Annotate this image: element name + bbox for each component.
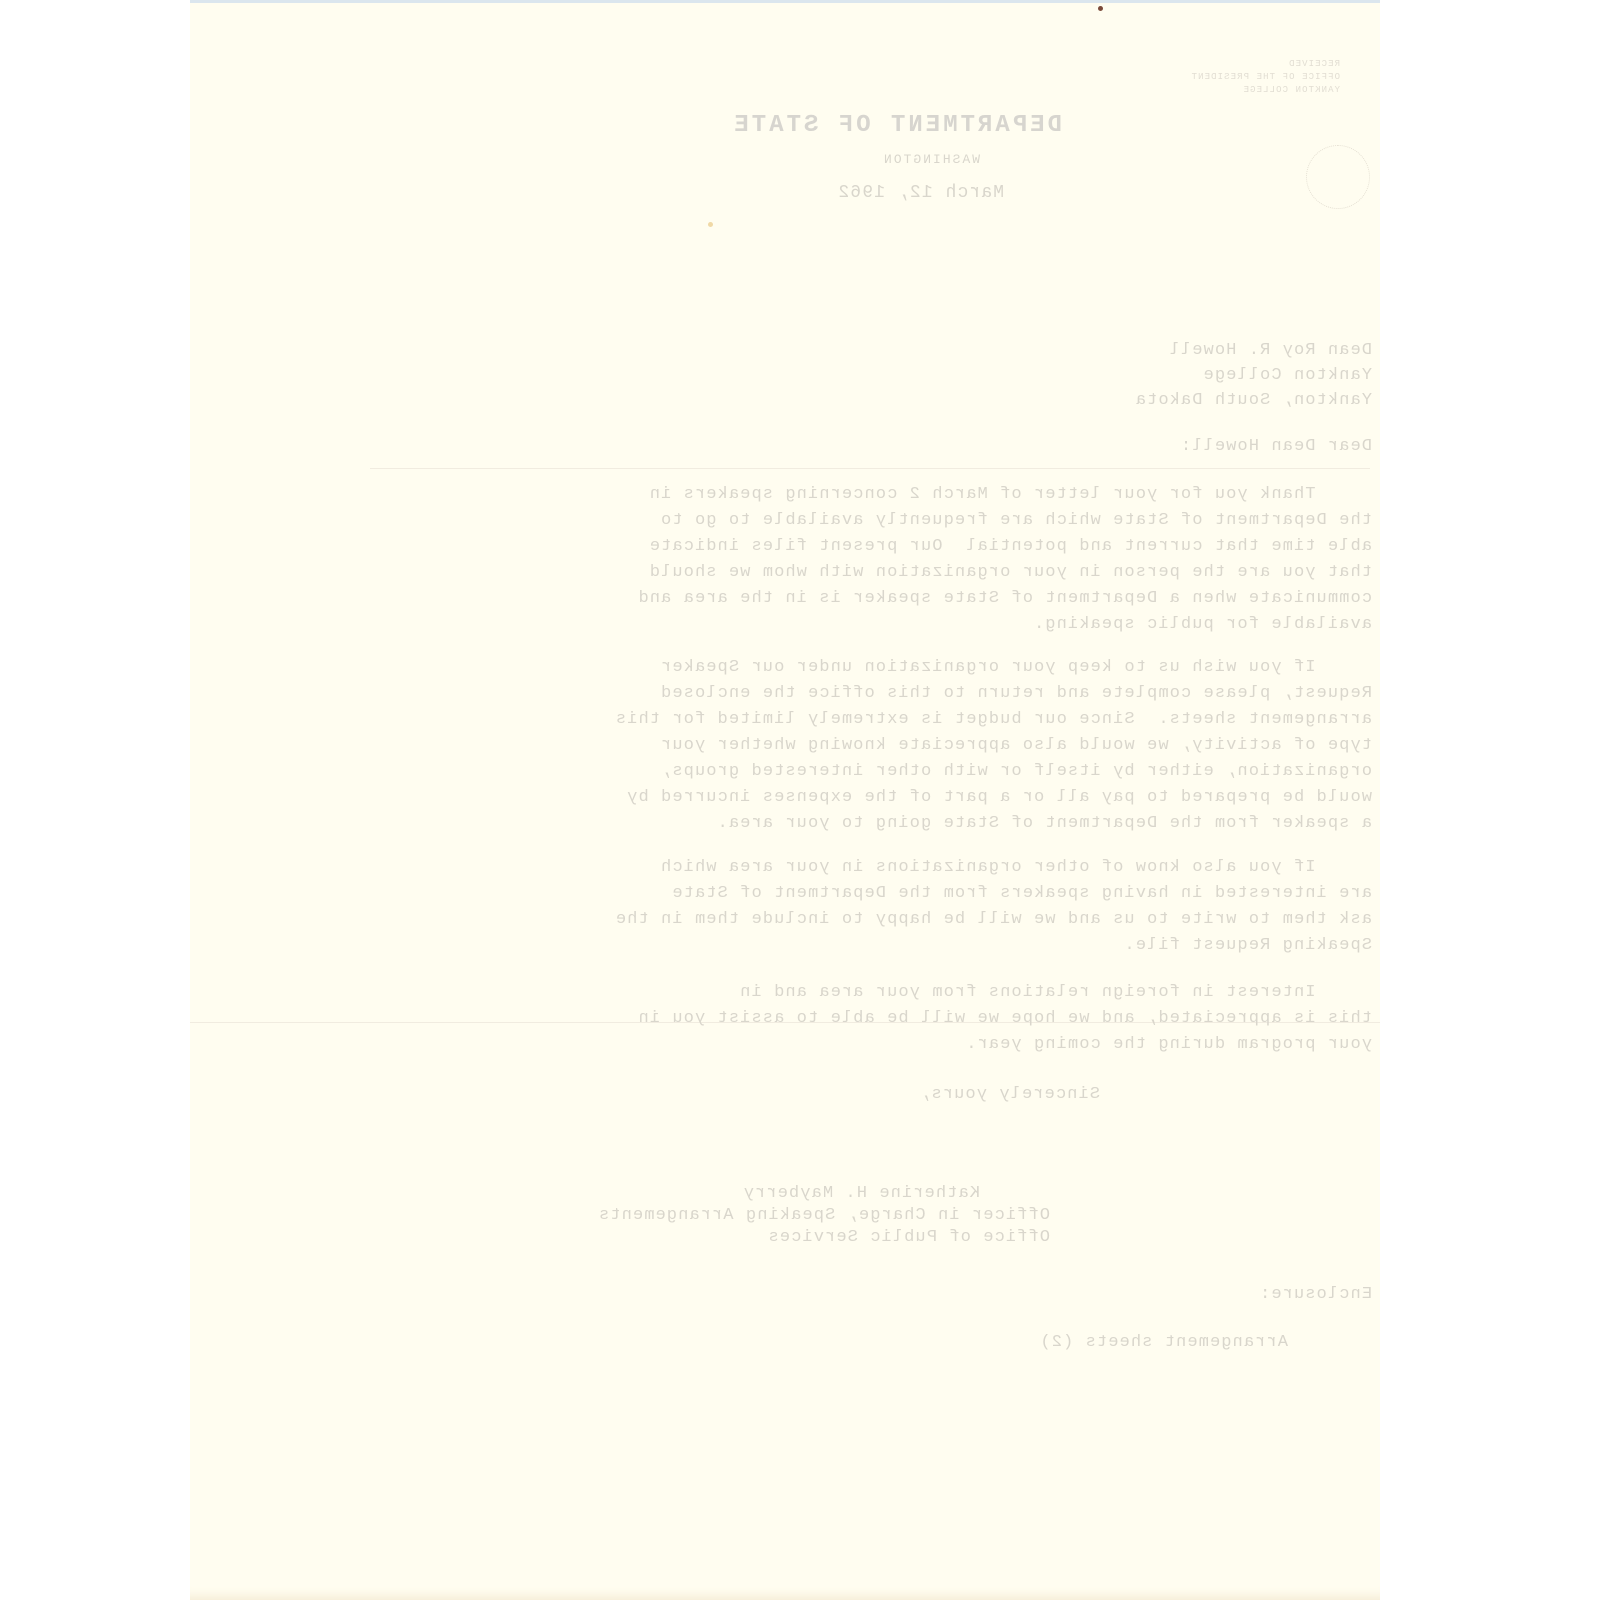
recipient-line: Dean Roy R. Howell (1135, 338, 1372, 363)
paragraph-line: your program during the coming year. (637, 1032, 1372, 1058)
letterhead-agency: DEPARTMENT OF STATE (731, 112, 1062, 139)
paragraph-line: ask them to write to us and we will be h… (615, 907, 1372, 933)
paragraph-line: able time that current and potential Our… (637, 534, 1372, 560)
letter-date: March 12, 1962 (837, 183, 1004, 203)
signer-office: Office of Public Services (598, 1227, 1050, 1249)
received-stamp: RECEIVED OFFICE OF THE PRESIDENT YANKTON… (1190, 58, 1340, 97)
signer-name: Katherine H. Mayberry (598, 1183, 1050, 1205)
paragraph-line: If you also know of other organizations … (615, 855, 1372, 881)
paragraph-2: If you wish us to keep your organization… (615, 655, 1372, 837)
paragraph-line: that you are the person in your organiza… (637, 560, 1372, 586)
recipient-line: Yankton College (1135, 363, 1372, 388)
signature-block: Katherine H. MayberryOfficer in Charge, … (598, 1183, 1050, 1249)
paragraph-line: Interest in foreign relations from your … (637, 980, 1372, 1006)
signer-title: Officer in Charge, Speaking Arrangements (598, 1205, 1050, 1227)
letter-page: RECEIVED OFFICE OF THE PRESIDENT YANKTON… (190, 0, 1380, 1600)
recipient-line: Yankton, South Dakota (1135, 388, 1372, 413)
paragraph-line: Speaking Request file. (615, 933, 1372, 959)
paragraph-line: are interested in having speakers from t… (615, 881, 1372, 907)
paragraph-line: the Department of State which are freque… (637, 508, 1372, 534)
paragraph-line: type of activity, we would also apprecia… (615, 733, 1372, 759)
enclosure-item: Arrangement sheets (2) (1039, 1333, 1288, 1352)
closing: Sincerely yours, (919, 1085, 1100, 1104)
paragraph-line: a speaker from the Department of State g… (615, 811, 1372, 837)
salutation: Dear Dean Howell: (1180, 437, 1372, 456)
paragraph-line: arrangement sheets. Since our budget is … (615, 707, 1372, 733)
mirrored-letter-text: RECEIVED OFFICE OF THE PRESIDENT YANKTON… (190, 0, 1380, 1600)
paragraph-1: Thank you for your letter of March 2 con… (637, 482, 1372, 638)
paragraph-line: organization, either by itself or with o… (615, 759, 1372, 785)
paragraph-line: would be prepared to pay all or a part o… (615, 785, 1372, 811)
paragraph-3: If you also know of other organizations … (615, 855, 1372, 959)
paragraph-line: available for public speaking. (637, 612, 1372, 638)
seal-emblem (1306, 145, 1370, 209)
paragraph-line: Request, please complete and return to t… (615, 681, 1372, 707)
paragraph-line: Thank you for your letter of March 2 con… (637, 482, 1372, 508)
paragraph-line: this is appreciated, and we hope we will… (637, 1006, 1372, 1032)
letterhead-city: WASHINGTON (882, 152, 980, 167)
paragraph-line: If you wish us to keep your organization… (615, 655, 1372, 681)
recipient-address: Dean Roy R. HowellYankton CollegeYankton… (1135, 338, 1380, 413)
paragraph-line: communicate when a Department of State s… (637, 586, 1372, 612)
enclosure-label: Enclosure: (1259, 1285, 1372, 1304)
paragraph-4: Interest in foreign relations from your … (637, 980, 1372, 1058)
